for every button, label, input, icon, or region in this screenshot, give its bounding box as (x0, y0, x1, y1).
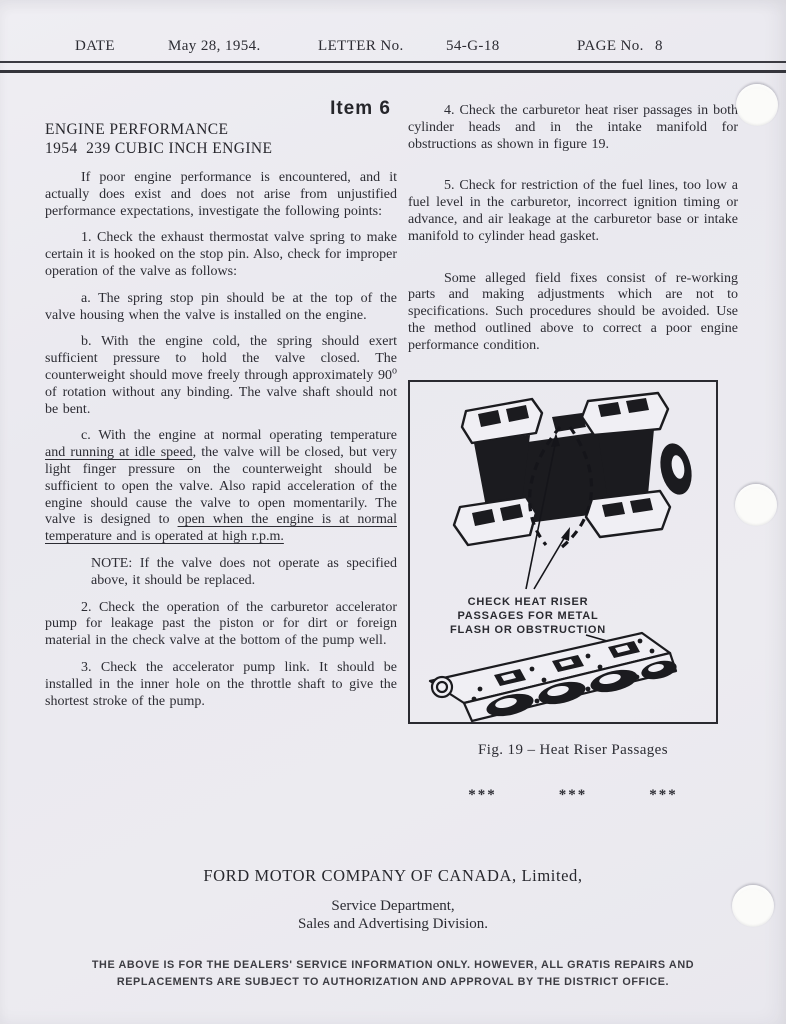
right-column: 4. Check the carburetor heat riser passa… (408, 103, 738, 804)
point-1b-text: b. With the engine cold, the spring shou… (45, 334, 397, 383)
cylinder-head-drawing (430, 633, 678, 721)
point-2-paragraph: 2. Check the operation of the carburetor… (45, 600, 397, 650)
section-title-line2: 1954 239 CUBIC INCH ENGINE (45, 139, 397, 158)
footer-department-line: Service Department, (0, 898, 786, 915)
closing-paragraph: Some alleged field fixes consist of re-w… (408, 271, 738, 355)
point-1b-paragraph: b. With the engine cold, the spring shou… (45, 334, 397, 418)
date-value: May 28, 1954. (168, 38, 261, 55)
letter-label: LETTER No. (318, 38, 404, 55)
disclaimer-line2: REPLACEMENTS ARE SUBJECT TO AUTHORIZATIO… (73, 974, 713, 991)
point-1c-paragraph: c. With the engine at normal operating t… (45, 428, 397, 546)
punch-hole-bottom (732, 885, 774, 927)
figure-label-line3: FLASH OR OBSTRUCTION (450, 624, 606, 636)
footer-company-line: FORD MOTOR COMPANY OF CANADA, Limited, (0, 866, 786, 886)
degree-superscript: o (392, 365, 397, 376)
punch-hole-middle (735, 484, 777, 526)
figure-19-caption: Fig. 19 – Heat Riser Passages (408, 742, 738, 759)
point-5-paragraph: 5. Check for restriction of the fuel lin… (408, 178, 738, 245)
intake-manifold-drawing (454, 393, 696, 545)
section-title-line1: ENGINE PERFORMANCE (45, 120, 397, 139)
point-1c-underline-1: and running at idle speed (45, 445, 193, 460)
point-1-paragraph: 1. Check the exhaust thermostat valve sp… (45, 230, 397, 280)
punch-hole-top (736, 84, 778, 126)
point-1c-text: c. With the engine at normal operating t… (81, 428, 397, 443)
letter-value: 54-G-18 (446, 38, 500, 55)
point-1b-text-end: of rotation without any binding. The val… (45, 385, 397, 417)
heat-riser-figure: CHECK HEAT RISER PASSAGES FOR METAL FLAS… (410, 382, 716, 722)
point-4-paragraph: 4. Check the carburetor heat riser passa… (408, 103, 738, 153)
note-paragraph: NOTE: If the valve does not operate as s… (91, 556, 397, 590)
figure-label-line2: PASSAGES FOR METAL (457, 610, 598, 622)
separator-stars: *** (559, 787, 588, 804)
scanned-service-letter-page: DATE May 28, 1954. LETTER No. 54-G-18 PA… (0, 0, 786, 1024)
figure-label-line1: CHECK HEAT RISER (468, 596, 589, 608)
point-3-paragraph: 3. Check the accelerator pump link. It s… (45, 660, 397, 710)
page-value: 8 (655, 38, 663, 55)
page-label: PAGE No. (577, 38, 644, 55)
footer-disclaimer: THE ABOVE IS FOR THE DEALERS' SERVICE IN… (73, 957, 713, 991)
left-column: Item 6 ENGINE PERFORMANCE 1954 239 CUBIC… (45, 98, 397, 720)
separator-stars: *** (468, 787, 497, 804)
item-heading: Item 6 (45, 98, 397, 120)
section-title: ENGINE PERFORMANCE 1954 239 CUBIC INCH E… (45, 120, 397, 158)
separator-stars: *** (649, 787, 678, 804)
figure-label: CHECK HEAT RISER PASSAGES FOR METAL FLAS… (450, 596, 606, 636)
footer-division-line: Sales and Advertising Division. (0, 916, 786, 933)
point-1a-paragraph: a. The spring stop pin should be at the … (45, 291, 397, 325)
header-double-rule (0, 61, 786, 73)
intro-paragraph: If poor engine performance is encountere… (45, 170, 397, 220)
section-separator: *** *** *** (408, 787, 738, 804)
figure-19-box: CHECK HEAT RISER PASSAGES FOR METAL FLAS… (408, 380, 718, 724)
date-label: DATE (75, 38, 115, 55)
disclaimer-line1: THE ABOVE IS FOR THE DEALERS' SERVICE IN… (73, 957, 713, 974)
